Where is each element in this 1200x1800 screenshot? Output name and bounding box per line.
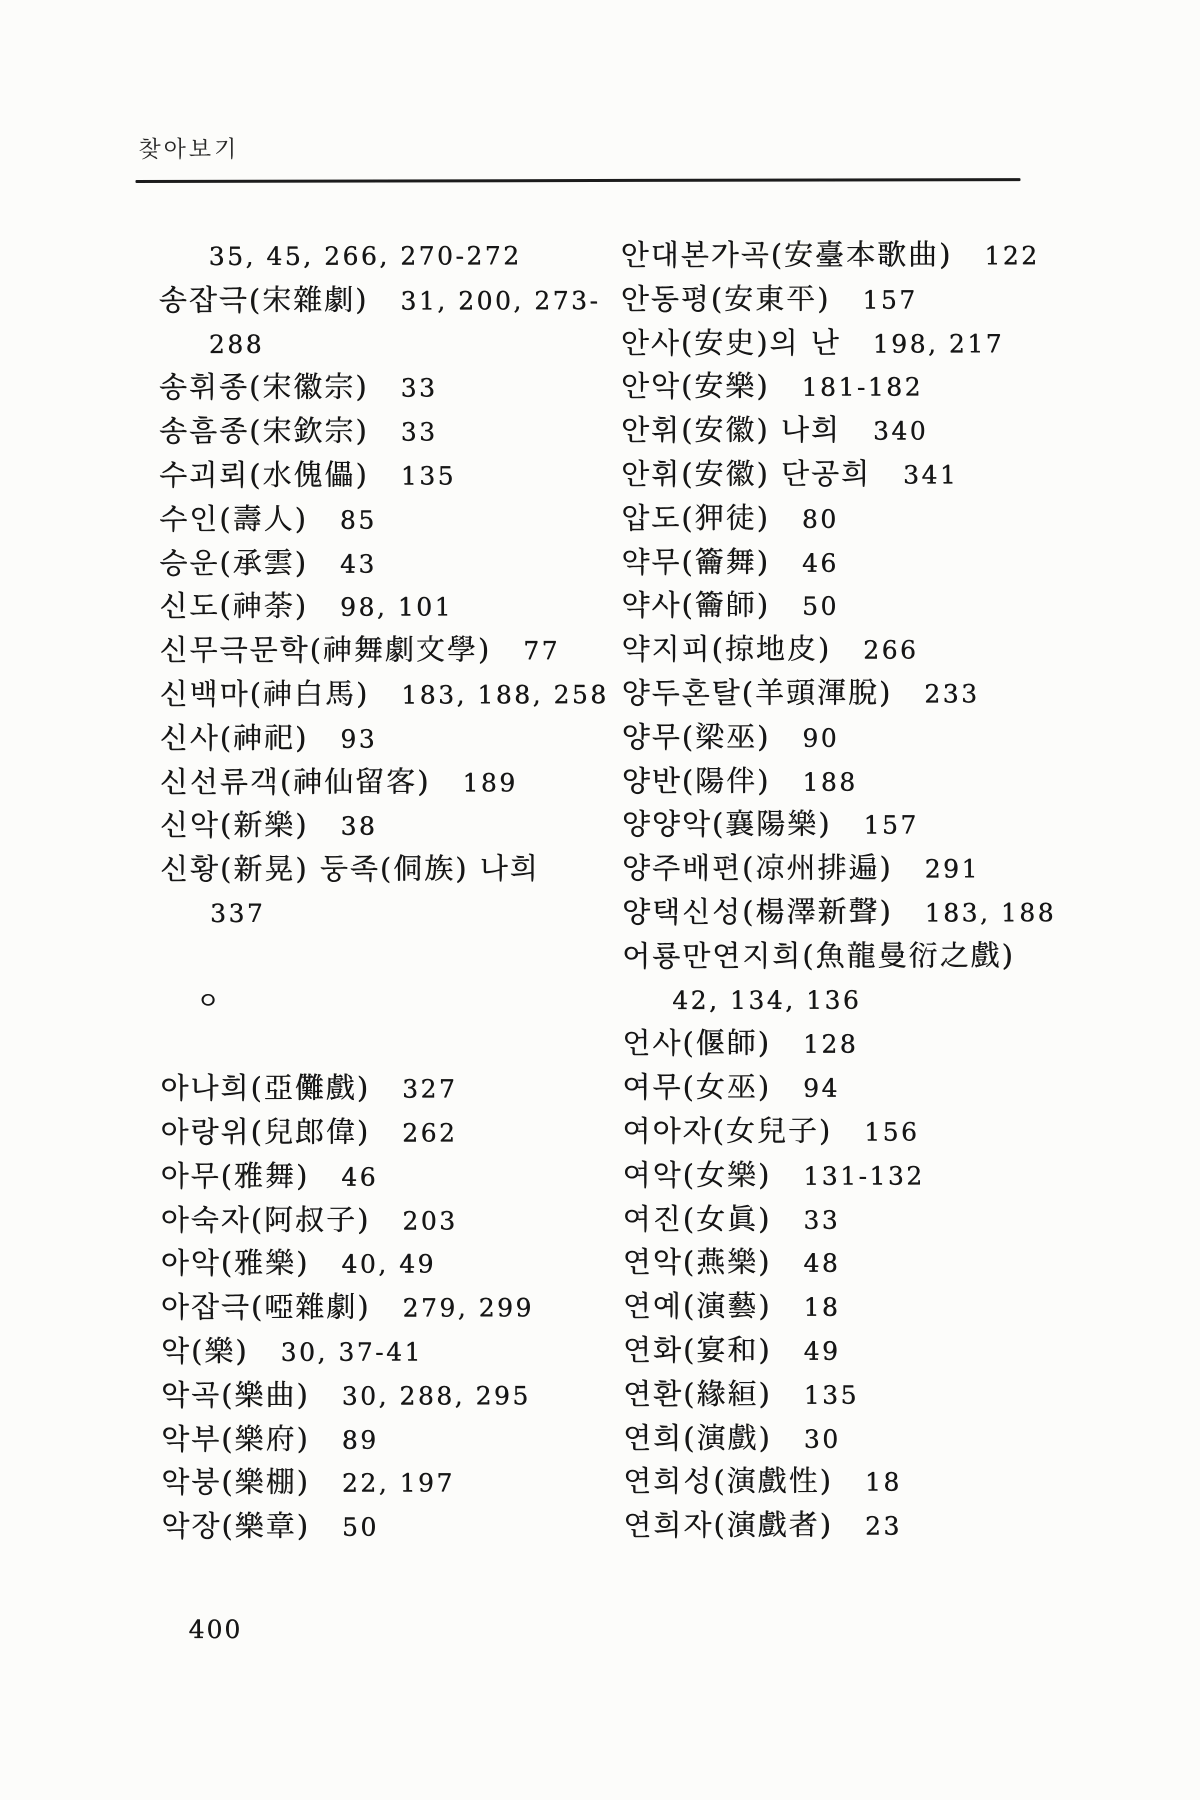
page-content: 찾아보기 35, 45, 266, 270-272송잡극(宋雜劇)31, 200… <box>0 0 1200 1800</box>
entry-pages: 33 <box>401 418 438 447</box>
entry-term: 신무극문학(神舞劇文學) <box>159 632 491 667</box>
index-entry: 여진(女眞)33 <box>623 1197 1083 1242</box>
entry-term: 여진(女眞) <box>623 1201 772 1235</box>
index-entry: 여악(女樂)131-132 <box>623 1153 1083 1198</box>
entry-term: 연환(緣絙) <box>623 1376 772 1410</box>
entry-pages: 50 <box>802 592 839 621</box>
index-entry: 신황(新晃) 둥족(侗族) 나희 <box>160 847 600 892</box>
entry-term: 양무(梁巫) <box>622 719 771 753</box>
entry-term: 신사(神祀) <box>160 720 309 754</box>
entry-term: 연예(演藝) <box>623 1289 772 1323</box>
entry-term: 안악(安樂) <box>621 369 770 403</box>
entry-pages: 262 <box>402 1118 457 1147</box>
index-entry: 안동평(安東平)157 <box>621 277 1081 322</box>
entry-term: 악곡(樂曲) <box>161 1377 310 1411</box>
index-entry: 안휘(安徽) 단공희341 <box>621 452 1081 497</box>
index-entry: 어룡만연지희(魚龍曼衍之戲) <box>622 934 1082 979</box>
entry-pages: 18 <box>803 1293 840 1322</box>
entry-term: 양두혼탈(羊頭渾脫) <box>622 675 893 710</box>
entry-term: 송잡극(宋雜劇) <box>159 282 369 316</box>
entry-term: 안동평(安東平) <box>621 281 831 315</box>
index-entry: 연희성(演戲性)18 <box>623 1459 1083 1504</box>
index-entry: 악(樂)30, 37-41 <box>161 1329 601 1374</box>
index-entry: 양무(梁巫)90 <box>622 715 1082 760</box>
index-entry: 안악(安樂)181-182 <box>621 364 1081 409</box>
entry-term: 아랑위(兒郎偉) <box>160 1114 370 1148</box>
entry-term: 양양악(襄陽樂) <box>622 807 832 841</box>
entry-pages: 31, 200, 273- <box>400 286 600 315</box>
entry-pages: 77 <box>523 636 560 665</box>
entry-term: 안사(安史)의 난 <box>621 325 841 359</box>
entry-term: 어룡만연지희(魚龍曼衍之戲) <box>622 938 1015 973</box>
entry-pages: 48 <box>803 1249 840 1278</box>
section-marker: ㅇ <box>160 979 600 1024</box>
entry-pages: 90 <box>802 723 839 752</box>
entry-pages: 94 <box>803 1074 840 1103</box>
index-entry: 수인(壽人)85 <box>159 497 599 542</box>
entry-pages: 18 <box>865 1468 902 1497</box>
index-entry: 안대본가곡(安臺本歌曲)122 <box>621 233 1081 278</box>
index-entry: 양양악(襄陽樂)157 <box>622 802 1082 847</box>
entry-term: 아나희(亞儺戲) <box>160 1071 370 1105</box>
entry-pages: 42, 134, 136 <box>672 985 861 1014</box>
index-entry: 연희자(演戲者)23 <box>623 1503 1083 1548</box>
entry-term: 신황(新晃) 둥족(侗族) 나희 <box>160 851 540 886</box>
index-entry: 약사(籥師)50 <box>621 583 1081 628</box>
entry-pages: 157 <box>863 811 918 840</box>
entry-pages: 337 <box>210 899 265 928</box>
index-entry: 여아자(女兒子)156 <box>622 1109 1082 1154</box>
entry-term: 연악(燕樂) <box>623 1245 772 1279</box>
entry-term: 안대본가곡(安臺本歌曲) <box>621 237 953 272</box>
entry-term: 수인(壽人) <box>159 501 308 535</box>
index-entry: 양두혼탈(羊頭渾脫)233 <box>622 671 1082 716</box>
section-letter: ㅇ <box>196 986 220 1014</box>
index-entry: 수괴뢰(水傀儡)135 <box>159 453 599 498</box>
entry-pages: 85 <box>340 505 377 534</box>
entry-pages: 288 <box>209 329 264 358</box>
entry-term: 송휘종(宋徽宗) <box>159 370 369 404</box>
index-entry: 연예(演藝)18 <box>623 1284 1083 1329</box>
entry-pages: 135 <box>401 461 456 490</box>
entry-term: 양반(陽伴) <box>622 763 771 797</box>
index-entry: 양택신성(楊澤新聲)183, 188 <box>622 890 1082 935</box>
entry-pages: 33 <box>401 374 438 403</box>
entry-pages: 189 <box>462 768 517 797</box>
entry-term: 여무(女巫) <box>622 1070 771 1104</box>
header-rule <box>135 178 1020 182</box>
entry-pages: 183, 188, 258 <box>401 680 609 709</box>
entry-pages: 30, 37-41 <box>281 1337 423 1366</box>
index-entry: 신도(神荼)98, 101 <box>159 584 599 629</box>
entry-pages: 43 <box>340 549 377 578</box>
index-entry: 연화(宴和)49 <box>623 1328 1083 1373</box>
entry-pages: 233 <box>924 679 979 708</box>
index-entry-continuation: 42, 134, 136 <box>622 978 1082 1023</box>
entry-term: 아숙자(阿叔子) <box>161 1202 371 1236</box>
index-entry: 아악(雅樂)40, 49 <box>161 1241 601 1286</box>
entry-pages: 340 <box>873 416 928 445</box>
entry-term: 아악(雅樂) <box>161 1246 310 1280</box>
book-index-page: 찾아보기 35, 45, 266, 270-272송잡극(宋雜劇)31, 200… <box>0 0 1200 1800</box>
entry-pages: 40, 49 <box>341 1250 436 1279</box>
entry-term: 연희성(演戲性) <box>623 1464 833 1498</box>
index-entry: 악장(樂章)50 <box>161 1504 601 1549</box>
index-entry: 약지피(掠地皮)266 <box>621 627 1081 672</box>
index-entry: 연환(緣絙)135 <box>623 1372 1083 1417</box>
index-entry: 송휘종(宋徽宗)33 <box>159 365 599 410</box>
entry-term: 승운(承雲) <box>159 545 308 579</box>
index-entry: 언사(偃師)128 <box>622 1021 1082 1066</box>
entry-term: 약무(籥舞) <box>621 544 770 578</box>
index-entry: 송흠종(宋欽宗)33 <box>159 409 599 454</box>
entry-pages: 38 <box>340 812 377 841</box>
entry-pages: 33 <box>803 1205 840 1234</box>
entry-pages: 327 <box>402 1074 457 1103</box>
index-column-right: 안대본가곡(安臺本歌曲)122안동평(安東平)157안사(安史)의 난198, … <box>621 233 1084 1548</box>
entry-term: 신도(神荼) <box>159 589 308 623</box>
entry-pages: 30 <box>804 1424 841 1453</box>
entry-pages: 183, 188 <box>925 898 1056 927</box>
entry-pages: 23 <box>865 1511 902 1540</box>
entry-pages: 203 <box>402 1206 457 1235</box>
index-entry-continuation: 337 <box>160 891 600 936</box>
entry-pages: 188 <box>802 767 857 796</box>
entry-term: 송흠종(宋欽宗) <box>159 414 369 448</box>
entry-pages: 291 <box>925 854 980 883</box>
entry-pages: 131-132 <box>803 1161 924 1190</box>
entry-term: 아잡극(啞雜劇) <box>161 1290 371 1324</box>
entry-term: 안휘(安徽) 나희 <box>621 413 841 447</box>
entry-pages: 128 <box>803 1030 858 1059</box>
index-entry: 안사(安史)의 난198, 217 <box>621 321 1081 366</box>
index-entry: 안휘(安徽) 나희340 <box>621 408 1081 453</box>
entry-term: 안휘(安徽) 단공희 <box>621 456 871 491</box>
entry-pages: 46 <box>802 548 839 577</box>
index-entry: 연악(燕樂)48 <box>623 1240 1083 1285</box>
entry-term: 악붕(樂棚) <box>161 1465 310 1499</box>
entry-term: 연희자(演戲者) <box>623 1508 833 1542</box>
index-entry: 악붕(樂棚)22, 197 <box>161 1460 601 1505</box>
index-entry: 승운(承雲)43 <box>159 541 599 586</box>
entry-pages: 98, 101 <box>340 593 453 622</box>
index-entry: 악부(樂府)89 <box>161 1417 601 1462</box>
index-entry: 아랑위(兒郎偉)262 <box>160 1110 600 1155</box>
spacer-line <box>160 935 600 980</box>
index-entry: 약무(籥舞)46 <box>621 540 1081 585</box>
entry-term: 악부(樂府) <box>161 1421 310 1455</box>
index-entry: 신악(新樂)38 <box>160 803 600 848</box>
entry-term: 악장(樂章) <box>161 1509 310 1543</box>
index-entry: 신사(神祀)93 <box>160 716 600 761</box>
running-header-title: 찾아보기 <box>138 131 239 164</box>
entry-term: 연희(演戲) <box>623 1420 772 1454</box>
index-entry: 연희(演戲)30 <box>623 1416 1083 1461</box>
entry-pages: 46 <box>341 1162 378 1191</box>
index-entry: 신무극문학(神舞劇文學)77 <box>159 628 599 673</box>
spacer-line <box>160 1022 600 1067</box>
entry-term: 연화(宴和) <box>623 1333 772 1367</box>
entry-pages: 89 <box>342 1425 379 1454</box>
entry-term: 신백마(神白馬) <box>160 676 370 710</box>
index-entry: 양반(陽伴)188 <box>622 759 1082 804</box>
entry-term: 여악(女樂) <box>623 1157 772 1191</box>
entry-pages: 49 <box>804 1336 841 1365</box>
entry-term: 신선류객(神仙留客) <box>160 764 431 799</box>
entry-pages: 181-182 <box>802 373 923 402</box>
index-entry: 신선류객(神仙留客)189 <box>160 760 600 805</box>
entry-pages: 279, 299 <box>402 1293 533 1322</box>
entry-pages: 30, 288, 295 <box>342 1381 531 1410</box>
index-entry: 여무(女巫)94 <box>622 1065 1082 1110</box>
entry-term: 양주배편(凉州排遍) <box>622 851 893 886</box>
entry-pages: 341 <box>903 460 958 489</box>
entry-term: 양택신성(楊澤新聲) <box>622 894 893 929</box>
entry-term: 신악(新樂) <box>160 808 309 842</box>
entry-term: 약지피(掠地皮) <box>621 632 831 666</box>
index-entry-continuation: 35, 45, 266, 270-272 <box>159 234 599 279</box>
index-entry: 아숙자(阿叔子)203 <box>161 1198 601 1243</box>
entry-term: 수괴뢰(水傀儡) <box>159 457 369 491</box>
entry-term: 악(樂) <box>161 1334 249 1368</box>
entry-term: 언사(偃師) <box>622 1026 771 1060</box>
page-number: 400 <box>188 1615 242 1644</box>
index-entry: 아잡극(啞雜劇)279, 299 <box>161 1285 601 1330</box>
entry-term: 압도(狎徒) <box>621 500 770 534</box>
entry-pages: 266 <box>863 636 918 665</box>
index-entry: 신백마(神白馬)183, 188, 258 <box>160 672 600 717</box>
entry-term: 여아자(女兒子) <box>622 1113 832 1147</box>
entry-term: 약사(籥師) <box>621 588 770 622</box>
entry-pages: 22, 197 <box>342 1469 455 1498</box>
entry-pages: 135 <box>804 1380 859 1409</box>
entry-pages: 156 <box>864 1117 919 1146</box>
entry-pages: 198, 217 <box>873 329 1004 358</box>
entry-term: 아무(雅舞) <box>161 1158 310 1192</box>
index-entry: 송잡극(宋雜劇)31, 200, 273- <box>159 278 599 323</box>
entry-pages: 80 <box>802 504 839 533</box>
index-entry: 악곡(樂曲)30, 288, 295 <box>161 1373 601 1418</box>
entry-pages: 122 <box>984 241 1039 270</box>
index-entry: 압도(狎徒)80 <box>621 496 1081 541</box>
index-entry: 양주배편(凉州排遍)291 <box>622 846 1082 891</box>
index-column-left: 35, 45, 266, 270-272송잡극(宋雜劇)31, 200, 273… <box>159 234 602 1549</box>
index-entry: 아무(雅舞)46 <box>161 1154 601 1199</box>
entry-pages: 35, 45, 266, 270-272 <box>209 241 522 271</box>
index-entry: 아나희(亞儺戲)327 <box>160 1066 600 1111</box>
index-entry-continuation: 288 <box>159 322 599 367</box>
entry-pages: 157 <box>862 285 917 314</box>
entry-pages: 93 <box>340 724 377 753</box>
entry-pages: 50 <box>342 1513 379 1542</box>
